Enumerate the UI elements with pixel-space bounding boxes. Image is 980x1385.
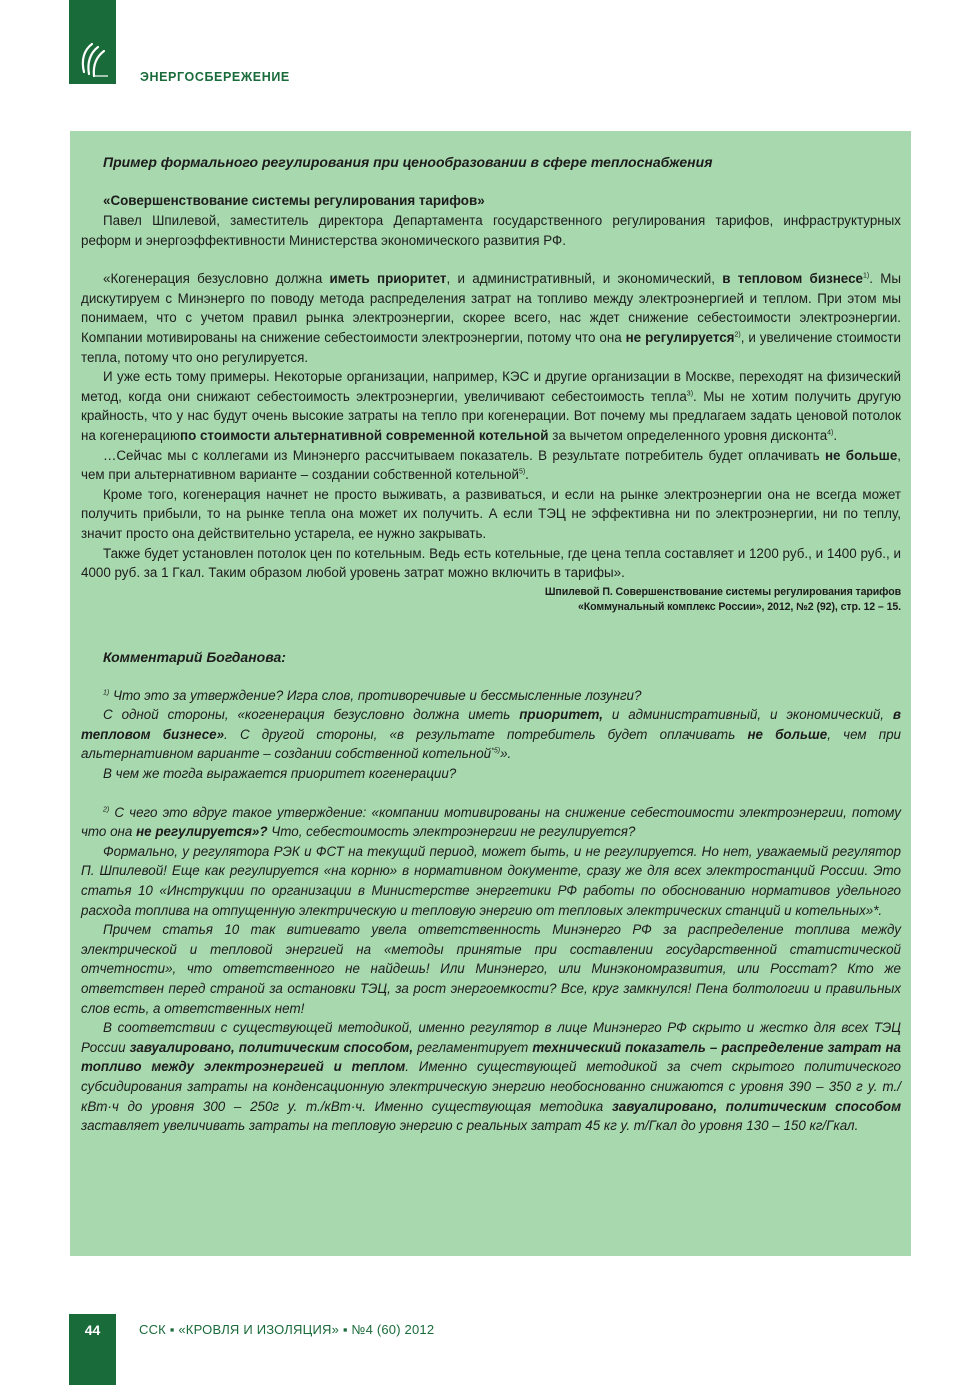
comment-paragraph-2: С одной стороны, «когенерация безусловно…: [81, 705, 901, 764]
article-subhead: «Совершенствование системы регулирования…: [81, 191, 901, 211]
comment-paragraph-4: 2) С чего это вдруг такое утверждение: «…: [81, 803, 901, 842]
footer-green-bar: 44: [69, 1314, 116, 1385]
quote-paragraph-3: …Сейчас мы с коллегами из Минэнерго расс…: [81, 446, 901, 485]
comment-paragraph-5: Формально, у регулятора РЭК и ФСТ на тек…: [81, 842, 901, 920]
citation-line-2: «Коммунальный комплекс России», 2012, №2…: [81, 600, 901, 615]
comment-paragraph-7: В соответствии с существующей методикой,…: [81, 1018, 901, 1136]
quote-paragraph-5: Также будет установлен потолок цен по ко…: [81, 544, 901, 583]
sidebar-box: Пример формального регулирования при цен…: [70, 131, 911, 1256]
section-label: ЭНЕРГОСБЕРЕЖЕНИЕ: [140, 70, 290, 84]
comment-paragraph-3: В чем же тогда выражается приоритет коге…: [81, 764, 901, 784]
quote-paragraph-1: «Когенерация безусловно должна иметь при…: [81, 269, 901, 367]
comment-title: Комментарий Богданова:: [81, 647, 901, 667]
quote-paragraph-2: И уже есть тому примеры. Некоторые орган…: [81, 367, 901, 445]
header-green-bar: [69, 0, 116, 84]
page-number: 44: [69, 1322, 116, 1338]
comment-body: 1) Что это за утверждение? Игра слов, пр…: [81, 686, 901, 1136]
author-intro: Павел Шпилевой, заместитель директора Де…: [81, 211, 901, 250]
comment-paragraph-6: Причем статья 10 так витиевато увела отв…: [81, 920, 901, 1018]
publication-footer: ССК ▪ «КРОВЛЯ И ИЗОЛЯЦИЯ» ▪ №4 (60) 2012: [139, 1322, 434, 1337]
citation: Шпилевой П. Совершенствование системы ре…: [81, 585, 901, 615]
quote-paragraph-4: Кроме того, когенерация начнет не просто…: [81, 485, 901, 544]
box-title: Пример формального регулирования при цен…: [81, 153, 901, 172]
leaves-logo-icon: [78, 38, 110, 78]
citation-line-1: Шпилевой П. Совершенствование системы ре…: [81, 585, 901, 600]
comment-paragraph-1: 1) Что это за утверждение? Игра слов, пр…: [81, 686, 901, 706]
